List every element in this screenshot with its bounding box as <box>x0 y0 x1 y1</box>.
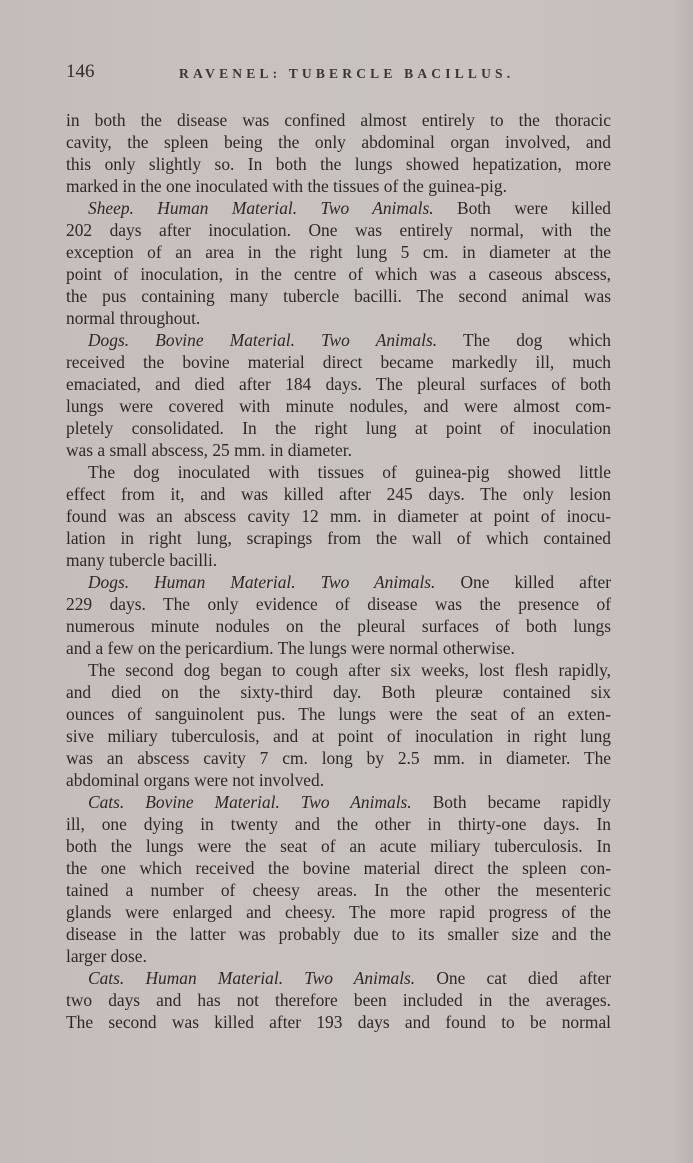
text-line: ounces of sanguinolent pus. The lungs we… <box>66 703 611 725</box>
line-text: and died on the sixty-third day. Both pl… <box>66 682 611 702</box>
paragraph: Cats. Human Material. Two Animals. One c… <box>66 967 611 1033</box>
text-line: received the bovine material direct beca… <box>66 351 611 373</box>
line-text: abdominal organs were not involved. <box>66 770 324 790</box>
line-text: this only slightly so. In both the lungs… <box>66 154 611 174</box>
line-text: two days and has not therefore been incl… <box>66 990 611 1010</box>
text-line: tained a number of cheesy areas. In the … <box>66 879 611 901</box>
paragraph: Dogs. Bovine Material. Two Animals. The … <box>66 329 611 461</box>
line-text: effect from it, and was killed after 245… <box>66 484 611 504</box>
line-text: One killed after <box>435 572 611 592</box>
line-text: Both were killed <box>434 198 611 218</box>
paragraph: The second dog began to cough after six … <box>66 659 611 791</box>
text-line: Dogs. Human Material. Two Animals. One k… <box>66 571 611 593</box>
paragraph: in both the disease was confined almost … <box>66 109 611 197</box>
text-line: found was an abscess cavity 12 mm. in di… <box>66 505 611 527</box>
text-line: ill, one dying in twenty and the other i… <box>66 813 611 835</box>
text-line: abdominal organs were not involved. <box>66 769 611 791</box>
page-header: 146 RAVENEL: TUBERCLE BACILLUS. <box>66 61 611 91</box>
section-heading: Dogs. Human Material. Two Animals. <box>88 572 435 592</box>
text-line: The dog inoculated with tissues of guine… <box>66 461 611 483</box>
text-line: Dogs. Bovine Material. Two Animals. The … <box>66 329 611 351</box>
text-line: marked in the one inoculated with the ti… <box>66 175 611 197</box>
text-line: was an abscess cavity 7 cm. long by 2.5 … <box>66 747 611 769</box>
text-line: the pus containing many tubercle bacilli… <box>66 285 611 307</box>
text-line: point of inoculation, in the centre of w… <box>66 263 611 285</box>
section-heading: Cats. Human Material. Two Animals. <box>88 968 415 988</box>
paragraph: Cats. Bovine Material. Two Animals. Both… <box>66 791 611 967</box>
book-page: 146 RAVENEL: TUBERCLE BACILLUS. in both … <box>0 0 693 1163</box>
text-line: Cats. Human Material. Two Animals. One c… <box>66 967 611 989</box>
line-text: tained a number of cheesy areas. In the … <box>66 880 611 900</box>
line-text: was a small abscess, 25 mm. in diameter. <box>66 440 352 460</box>
text-line: Cats. Bovine Material. Two Animals. Both… <box>66 791 611 813</box>
line-text: The dog inoculated with tissues of guine… <box>88 462 611 482</box>
line-text: many tubercle bacilli. <box>66 550 217 570</box>
text-line: was a small abscess, 25 mm. in diameter. <box>66 439 611 461</box>
text-line: effect from it, and was killed after 245… <box>66 483 611 505</box>
line-text: Both became rapidly <box>412 792 611 812</box>
text-line: exception of an area in the right lung 5… <box>66 241 611 263</box>
section-heading: Dogs. Bovine Material. Two Animals. <box>88 330 437 350</box>
line-text: numerous minute nodules on the pleural s… <box>66 616 611 636</box>
line-text: the pus containing many tubercle bacilli… <box>66 286 611 306</box>
line-text: cavity, the spleen being the only abdomi… <box>66 132 611 152</box>
text-line: this only slightly so. In both the lungs… <box>66 153 611 175</box>
line-text: ill, one dying in twenty and the other i… <box>66 814 611 834</box>
line-text: point of inoculation, in the centre of w… <box>66 264 611 284</box>
paragraph: Sheep. Human Material. Two Animals. Both… <box>66 197 611 329</box>
text-line: 229 days. The only evidence of disease w… <box>66 593 611 615</box>
text-line: and a few on the pericardium. The lungs … <box>66 637 611 659</box>
text-line: numerous minute nodules on the pleural s… <box>66 615 611 637</box>
line-text: 202 days after inoculation. One was enti… <box>66 220 611 240</box>
section-heading: Cats. Bovine Material. Two Animals. <box>88 792 412 812</box>
line-text: sive miliary tuberculosis, and at point … <box>66 726 611 746</box>
line-text: larger dose. <box>66 946 147 966</box>
line-text: emaciated, and died after 184 days. The … <box>66 374 611 394</box>
text-line: two days and has not therefore been incl… <box>66 989 611 1011</box>
text-line: normal throughout. <box>66 307 611 329</box>
line-text: was an abscess cavity 7 cm. long by 2.5 … <box>66 748 611 768</box>
line-text: marked in the one inoculated with the ti… <box>66 176 507 196</box>
text-line: in both the disease was confined almost … <box>66 109 611 131</box>
line-text: One cat died after <box>415 968 611 988</box>
text-line: cavity, the spleen being the only abdomi… <box>66 131 611 153</box>
text-line: many tubercle bacilli. <box>66 549 611 571</box>
text-line: disease in the latter was probably due t… <box>66 923 611 945</box>
line-text: exception of an area in the right lung 5… <box>66 242 611 262</box>
line-text: 229 days. The only evidence of disease w… <box>66 594 611 614</box>
body-text: in both the disease was confined almost … <box>66 109 611 1033</box>
text-line: lungs were covered with minute nodules, … <box>66 395 611 417</box>
section-heading: Sheep. Human Material. Two Animals. <box>88 198 434 218</box>
line-text: ounces of sanguinolent pus. The lungs we… <box>66 704 611 724</box>
line-text: found was an abscess cavity 12 mm. in di… <box>66 506 611 526</box>
line-text: lungs were covered with minute nodules, … <box>66 396 611 416</box>
text-line: the one which received the bovine materi… <box>66 857 611 879</box>
line-text: pletely consolidated. In the right lung … <box>66 418 611 438</box>
text-line: Sheep. Human Material. Two Animals. Both… <box>66 197 611 219</box>
line-text: received the bovine material direct beca… <box>66 352 611 372</box>
line-text: in both the disease was confined almost … <box>66 110 611 130</box>
page-number: 146 <box>66 61 95 83</box>
line-text: disease in the latter was probably due t… <box>66 924 611 944</box>
text-line: The second dog began to cough after six … <box>66 659 611 681</box>
line-text: lation in right lung, scrapings from the… <box>66 528 611 548</box>
line-text: normal throughout. <box>66 308 200 328</box>
text-line: glands were enlarged and cheesy. The mor… <box>66 901 611 923</box>
text-line: both the lungs were the seat of an acute… <box>66 835 611 857</box>
line-text: glands were enlarged and cheesy. The mor… <box>66 902 611 922</box>
paragraph: The dog inoculated with tissues of guine… <box>66 461 611 571</box>
text-line: sive miliary tuberculosis, and at point … <box>66 725 611 747</box>
line-text: and a few on the pericardium. The lungs … <box>66 638 515 658</box>
text-line: larger dose. <box>66 945 611 967</box>
line-text: The second was killed after 193 days and… <box>66 1012 611 1032</box>
line-text: The dog which <box>437 330 611 350</box>
text-line: The second was killed after 193 days and… <box>66 1011 611 1033</box>
text-line: 202 days after inoculation. One was enti… <box>66 219 611 241</box>
text-line: emaciated, and died after 184 days. The … <box>66 373 611 395</box>
paragraph: Dogs. Human Material. Two Animals. One k… <box>66 571 611 659</box>
text-line: lation in right lung, scrapings from the… <box>66 527 611 549</box>
line-text: both the lungs were the seat of an acute… <box>66 836 611 856</box>
running-head: RAVENEL: TUBERCLE BACILLUS. <box>179 66 514 82</box>
line-text: The second dog began to cough after six … <box>88 660 611 680</box>
text-line: and died on the sixty-third day. Both pl… <box>66 681 611 703</box>
text-line: pletely consolidated. In the right lung … <box>66 417 611 439</box>
line-text: the one which received the bovine materi… <box>66 858 611 878</box>
